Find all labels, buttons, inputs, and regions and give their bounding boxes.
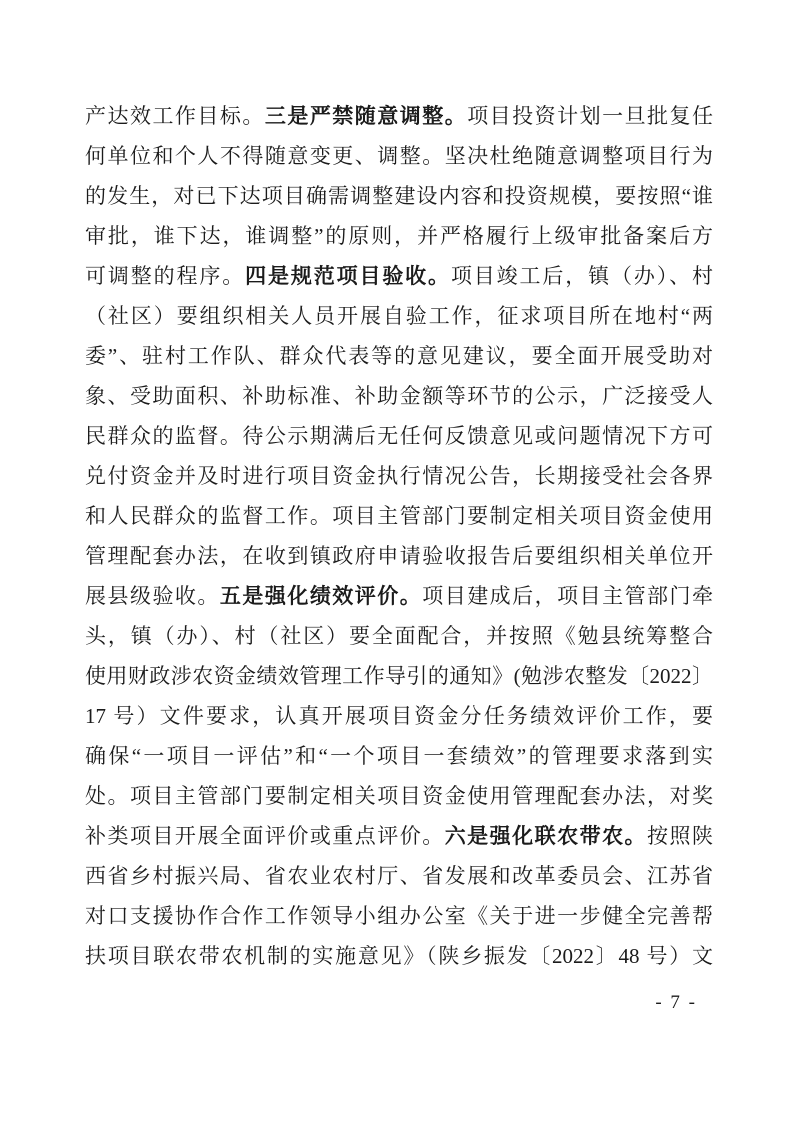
text-line: 委”、驻村工作队、群众代表等的意见建议，要全面开展受助对 bbox=[85, 336, 713, 376]
text-run: 管理配套办法，在收到镇政府申请验收报告后要组织相关单位开 bbox=[85, 544, 713, 568]
text-line: 何单位和个人不得随意变更、调整。坚决杜绝随意调整项目行为 bbox=[85, 136, 713, 176]
text-line: 对口支援协作合作工作领导小组办公室《关于进一步健全完善帮 bbox=[85, 896, 713, 936]
text-run: 使用财政涉农资金绩效管理工作导引的通知》(勉涉农整发〔2022〕 bbox=[85, 664, 713, 688]
text-run: 产达效工作目标。 bbox=[85, 104, 265, 128]
text-line: 民群众的监督。待公示期满后无任何反馈意见或问题情况下方可 bbox=[85, 416, 713, 456]
text-run: 项目竣工后，镇（办）、村 bbox=[451, 264, 713, 288]
text-run: 民群众的监督。待公示期满后无任何反馈意见或问题情况下方可 bbox=[85, 424, 713, 448]
text-line: 产达效工作目标。三是严禁随意调整。项目投资计划一旦批复任 bbox=[85, 96, 713, 136]
text-run: 展县级验收。 bbox=[85, 584, 220, 608]
page-number: - 7 - bbox=[655, 992, 697, 1014]
text-run: 确保“一项目一评估”和“一个项目一套绩效”的管理要求落到实 bbox=[85, 744, 713, 768]
text-line: 的发生，对已下达项目确需调整建设内容和投资规模，要按照“谁 bbox=[85, 176, 713, 216]
text-run: 和人民群众的监督工作。项目主管部门要制定相关项目资金使用 bbox=[85, 504, 713, 528]
text-run: 审批，谁下达，谁调整”的原则，并严格履行上级审批备案后方 bbox=[85, 224, 713, 248]
text-run: 17 号）文件要求，认真开展项目资金分任务绩效评价工作，要 bbox=[85, 704, 713, 728]
text-run: 委”、驻村工作队、群众代表等的意见建议，要全面开展受助对 bbox=[85, 344, 713, 368]
text-line: （社区）要组织相关人员开展自验工作，征求项目所在地村“两 bbox=[85, 296, 713, 336]
text-line: 处。项目主管部门要制定相关项目资金使用管理配套办法，对奖 bbox=[85, 776, 713, 816]
text-run: （社区）要组织相关人员开展自验工作，征求项目所在地村“两 bbox=[85, 304, 713, 328]
text-line: 象、受助面积、补助标准、补助金额等环节的公示，广泛接受人 bbox=[85, 376, 713, 416]
text-run: 项目建成后，项目主管部门牵 bbox=[422, 584, 713, 608]
text-line: 使用财政涉农资金绩效管理工作导引的通知》(勉涉农整发〔2022〕 bbox=[85, 656, 713, 696]
text-run: 的发生，对已下达项目确需调整建设内容和投资规模，要按照“谁 bbox=[85, 184, 713, 208]
text-line: 展县级验收。五是强化绩效评价。项目建成后，项目主管部门牵 bbox=[85, 576, 713, 616]
text-line: 审批，谁下达，谁调整”的原则，并严格履行上级审批备案后方 bbox=[85, 216, 713, 256]
document-body: 产达效工作目标。三是严禁随意调整。项目投资计划一旦批复任何单位和个人不得随意变更… bbox=[85, 96, 713, 976]
text-run: 按照陕 bbox=[647, 824, 713, 848]
text-line: 补类项目开展全面评价或重点评价。六是强化联农带农。按照陕 bbox=[85, 816, 713, 856]
text-run: 象、受助面积、补助标准、补助金额等环节的公示，广泛接受人 bbox=[85, 384, 713, 408]
bold-heading-run: 四是规范项目验收。 bbox=[245, 264, 451, 288]
text-run: 兑付资金并及时进行项目资金执行情况公告，长期接受社会各界 bbox=[85, 464, 713, 488]
text-run: 扶项目联农带农机制的实施意见》（陕乡振发〔2022〕48 号）文 bbox=[85, 944, 713, 968]
document-page: 产达效工作目标。三是严禁随意调整。项目投资计划一旦批复任何单位和个人不得随意变更… bbox=[0, 0, 793, 1122]
text-run: 项目投资计划一旦批复任 bbox=[467, 104, 713, 128]
text-run: 处。项目主管部门要制定相关项目资金使用管理配套办法，对奖 bbox=[85, 784, 713, 808]
text-line: 确保“一项目一评估”和“一个项目一套绩效”的管理要求落到实 bbox=[85, 736, 713, 776]
text-line: 17 号）文件要求，认真开展项目资金分任务绩效评价工作，要 bbox=[85, 696, 713, 736]
bold-heading-run: 五是强化绩效评价。 bbox=[220, 584, 422, 608]
text-run: 何单位和个人不得随意变更、调整。坚决杜绝随意调整项目行为 bbox=[85, 144, 713, 168]
text-run: 可调整的程序。 bbox=[85, 264, 245, 288]
text-line: 管理配套办法，在收到镇政府申请验收报告后要组织相关单位开 bbox=[85, 536, 713, 576]
text-line: 西省乡村振兴局、省农业农村厅、省发展和改革委员会、江苏省 bbox=[85, 856, 713, 896]
text-line: 头，镇（办）、村（社区）要全面配合，并按照《勉县统筹整合 bbox=[85, 616, 713, 656]
text-run: 头，镇（办）、村（社区）要全面配合，并按照《勉县统筹整合 bbox=[85, 624, 713, 648]
bold-heading-run: 三是严禁随意调整。 bbox=[265, 104, 467, 128]
text-run: 西省乡村振兴局、省农业农村厅、省发展和改革委员会、江苏省 bbox=[85, 864, 713, 888]
text-line: 可调整的程序。四是规范项目验收。项目竣工后，镇（办）、村 bbox=[85, 256, 713, 296]
text-run: 补类项目开展全面评价或重点评价。 bbox=[85, 824, 445, 848]
text-run: 对口支援协作合作工作领导小组办公室《关于进一步健全完善帮 bbox=[85, 904, 713, 928]
text-line: 和人民群众的监督工作。项目主管部门要制定相关项目资金使用 bbox=[85, 496, 713, 536]
bold-heading-run: 六是强化联农带农。 bbox=[445, 824, 647, 848]
text-line: 兑付资金并及时进行项目资金执行情况公告，长期接受社会各界 bbox=[85, 456, 713, 496]
text-line: 扶项目联农带农机制的实施意见》（陕乡振发〔2022〕48 号）文 bbox=[85, 936, 713, 976]
